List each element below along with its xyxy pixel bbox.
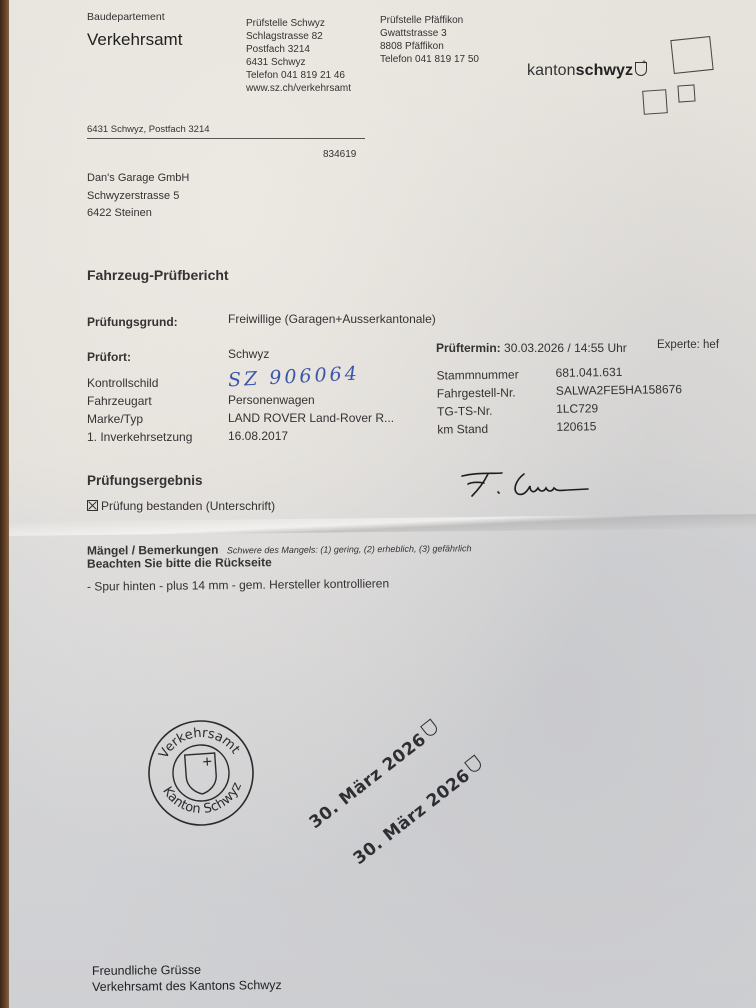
reverse-side-notice: Beachten Sie bitte die Rückseite [87,555,272,571]
address-pruefstelle-schwyz: Prüfstelle Schwyz Schlagstrasse 82 Postf… [246,17,351,95]
tg-ts-value: 1LC729 [556,398,682,418]
vehicle-details-left: Kontrollschild Fahrzeugart Marke/Typ 1. … [87,374,192,446]
department-name: Baudepartement [87,11,165,23]
inspector-signature [458,466,598,502]
closing-greeting: Freundliche Grüsse Verkehrsamt des Kanto… [92,961,282,995]
expert: Experte: hef [657,339,719,351]
vehicle-field: 1. Inverkehrsetzung [87,428,192,446]
logo-square-large [670,36,713,74]
kanton-schwyz-logo: kantonschwyz [527,62,647,80]
website-link: www.sz.ch/verkehrsamt [246,82,351,95]
reason-label: Prüfungsgrund: [87,315,178,329]
appointment-value: 30.03.2026 / 14:55 Uhr [504,341,627,355]
checked-checkbox-icon [87,500,98,511]
result-heading: Prüfungsergebnis [87,473,203,488]
reference-number: 834619 [323,149,356,160]
vehicle-field: Marke/Typ [87,410,192,428]
report-title: Fahrzeug-Prüfbericht [87,267,229,283]
reason-value: Freiwillige (Garagen+Ausserkantonale) [228,312,436,326]
office-name: Verkehrsamt [87,30,182,50]
vin-value: SALWA2FE5HA158676 [556,380,682,400]
address-pruefstelle-pfaeffikon: Prüfstelle Pfäffikon Gwattstrasse 3 8808… [380,14,479,66]
vehicle-details-right: Stammnummer Fahrgestell-Nr. TG-TS-Nr. km… [437,365,520,438]
address-divider [87,138,365,139]
severity-note: Schwere des Mangels: (1) gering, (2) erh… [227,543,472,555]
appointment-label: Prüftermin: [436,341,501,355]
appointment: Prüftermin: 30.03.2026 / 14:55 Uhr [436,341,627,355]
shield-icon [635,62,647,76]
vehicle-field: Fahrzeugart [87,392,192,410]
logo-square-small [677,84,695,102]
passed-checkbox-row: Prüfung bestanden (Unterschrift) [87,499,275,513]
sender-line: 6431 Schwyz, Postfach 3214 [87,124,210,135]
stammnummer-value: 681.041.631 [556,362,682,382]
location-value: Schwyz [228,347,269,361]
recipient-address: Dan's Garage GmbH Schwyzerstrasse 5 6422… [87,170,189,223]
passed-label: Prüfung bestanden (Unterschrift) [101,499,275,513]
canton-shield-icon [185,753,218,795]
expert-value: hef [703,339,719,351]
vehicle-values-left: SZ 906064 Personenwagen LAND ROVER Land-… [228,361,394,445]
vehicle-values-right: 681.041.631 SALWA2FE5HA158676 1LC729 120… [556,362,683,436]
location-label: Prüfort: [87,350,131,364]
km-value: 120615 [556,416,682,436]
logo-square-medium [642,89,668,115]
vehicle-field: Kontrollschild [87,374,192,392]
handwritten-plate-number: SZ 906064 [227,357,394,396]
official-round-stamp: Verkehrsamt Kanton Schwyz [142,714,259,831]
